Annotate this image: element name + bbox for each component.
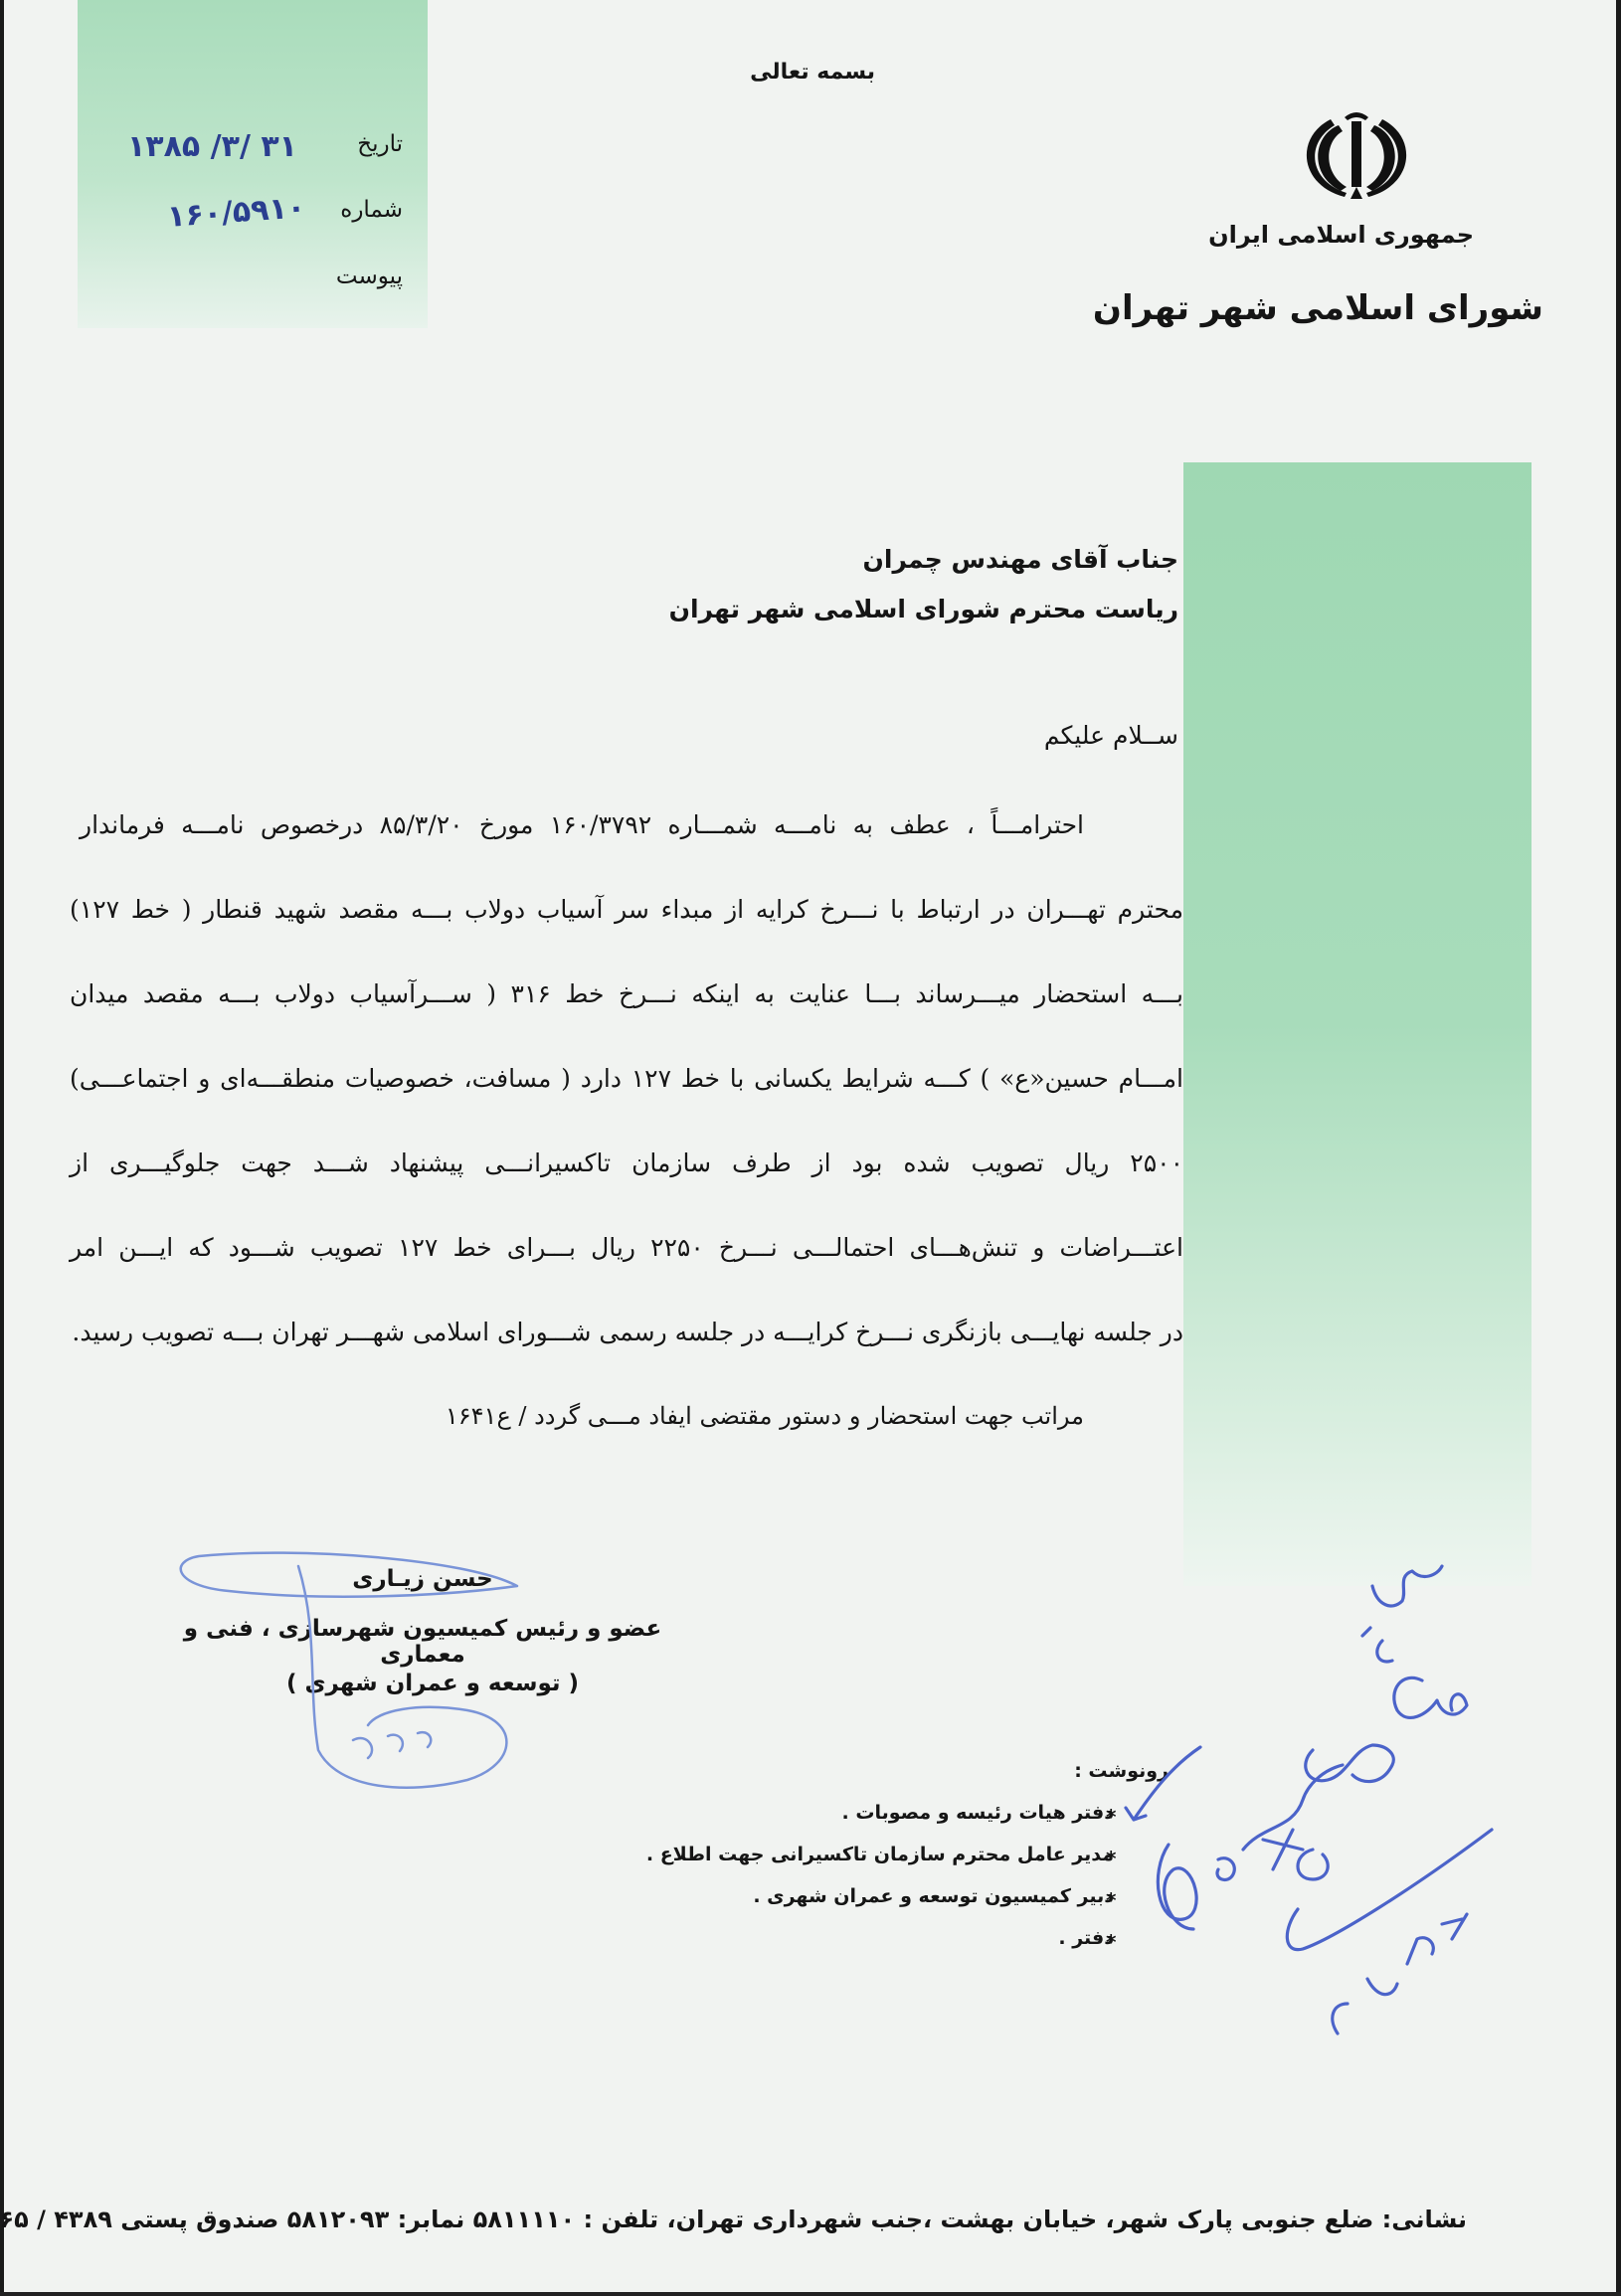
number-label: شماره <box>340 197 403 223</box>
attachment-label: پیوست <box>336 264 403 289</box>
date-value: ۱۳۸۵ /۳/ ۳۱ <box>127 129 297 164</box>
signatory-title-2: ( توسعه و عمران شهری ) <box>189 1671 676 1696</box>
closing-line: مراتب جهت استحضار و دستور مقتضی ایفاد مـ… <box>446 1402 1084 1430</box>
signatory-title-1: عضو و رئیس کمیسیون شهرسازی ، فنی و معمار… <box>179 1616 666 1668</box>
body-line-2: محترم تهـــران در ارتباط با نـــرخ کرایه… <box>70 895 1183 924</box>
body-line-5: ۲۵۰۰ ریال تصویب شده بود از طرف سازمان تا… <box>70 1148 1183 1177</box>
body-line-6: اعتـــراضات و تنش‌هـــای احتمالـــی نـــ… <box>70 1233 1183 1262</box>
cc-item-1: دفتر هیات رئیسه و مصوبات . <box>842 1802 1114 1824</box>
scan-edge-bottom <box>0 2292 1621 2296</box>
body-line-7: در جلسه نهایـــی بازنگری نـــرخ کرایـــه… <box>70 1318 1183 1346</box>
signatory-name: حسن زیـاری <box>179 1566 666 1592</box>
greeting: ســلام علیکم <box>1044 721 1178 750</box>
invocation: بسمه تعالی <box>696 60 875 85</box>
letterhead-green-band-right <box>1183 462 1531 1586</box>
cc-item-4: دفتر . <box>1058 1927 1114 1949</box>
date-label: تاریخ <box>357 131 403 157</box>
body-line-1: احترامـــاً ، عطف به نامـــه شمـــاره ۱۶… <box>80 810 1084 839</box>
scan-edge-right <box>1616 0 1621 2296</box>
cc-heading: رونوشت : <box>1074 1760 1169 1782</box>
cc-item-2: مدیر عامل محترم سازمان تاکسیرانی جهت اطل… <box>646 1844 1114 1865</box>
body-line-3: بـــه استحضار میـــرساند بـــا عنایت به … <box>70 979 1183 1008</box>
cc-item-3: دبیر کمیسیون توسعه و عمران شهری . <box>753 1885 1114 1907</box>
iran-emblem-icon <box>1301 107 1412 203</box>
handwritten-note-icon <box>1158 1566 1492 2033</box>
recipient-line-1: جناب آقای مهندس چمران <box>863 545 1178 574</box>
body-line-4: امـــام حسین«ع» ) کـــه شرایط یکسانی با … <box>70 1064 1183 1093</box>
organization-name: شورای اسلامی شهر تهران <box>1093 288 1543 328</box>
scan-edge-left <box>0 0 4 2296</box>
footer-address: نشانی: ضلع جنوبی پارک شهر، خیابان بهشت ،… <box>0 2206 1467 2233</box>
country-name: جمهوری اسلامی ایران <box>1208 221 1474 249</box>
checkmark-icon <box>1126 1747 1200 1820</box>
recipient-line-2: ریاست محترم شورای اسلامی شهر تهران <box>669 595 1178 623</box>
